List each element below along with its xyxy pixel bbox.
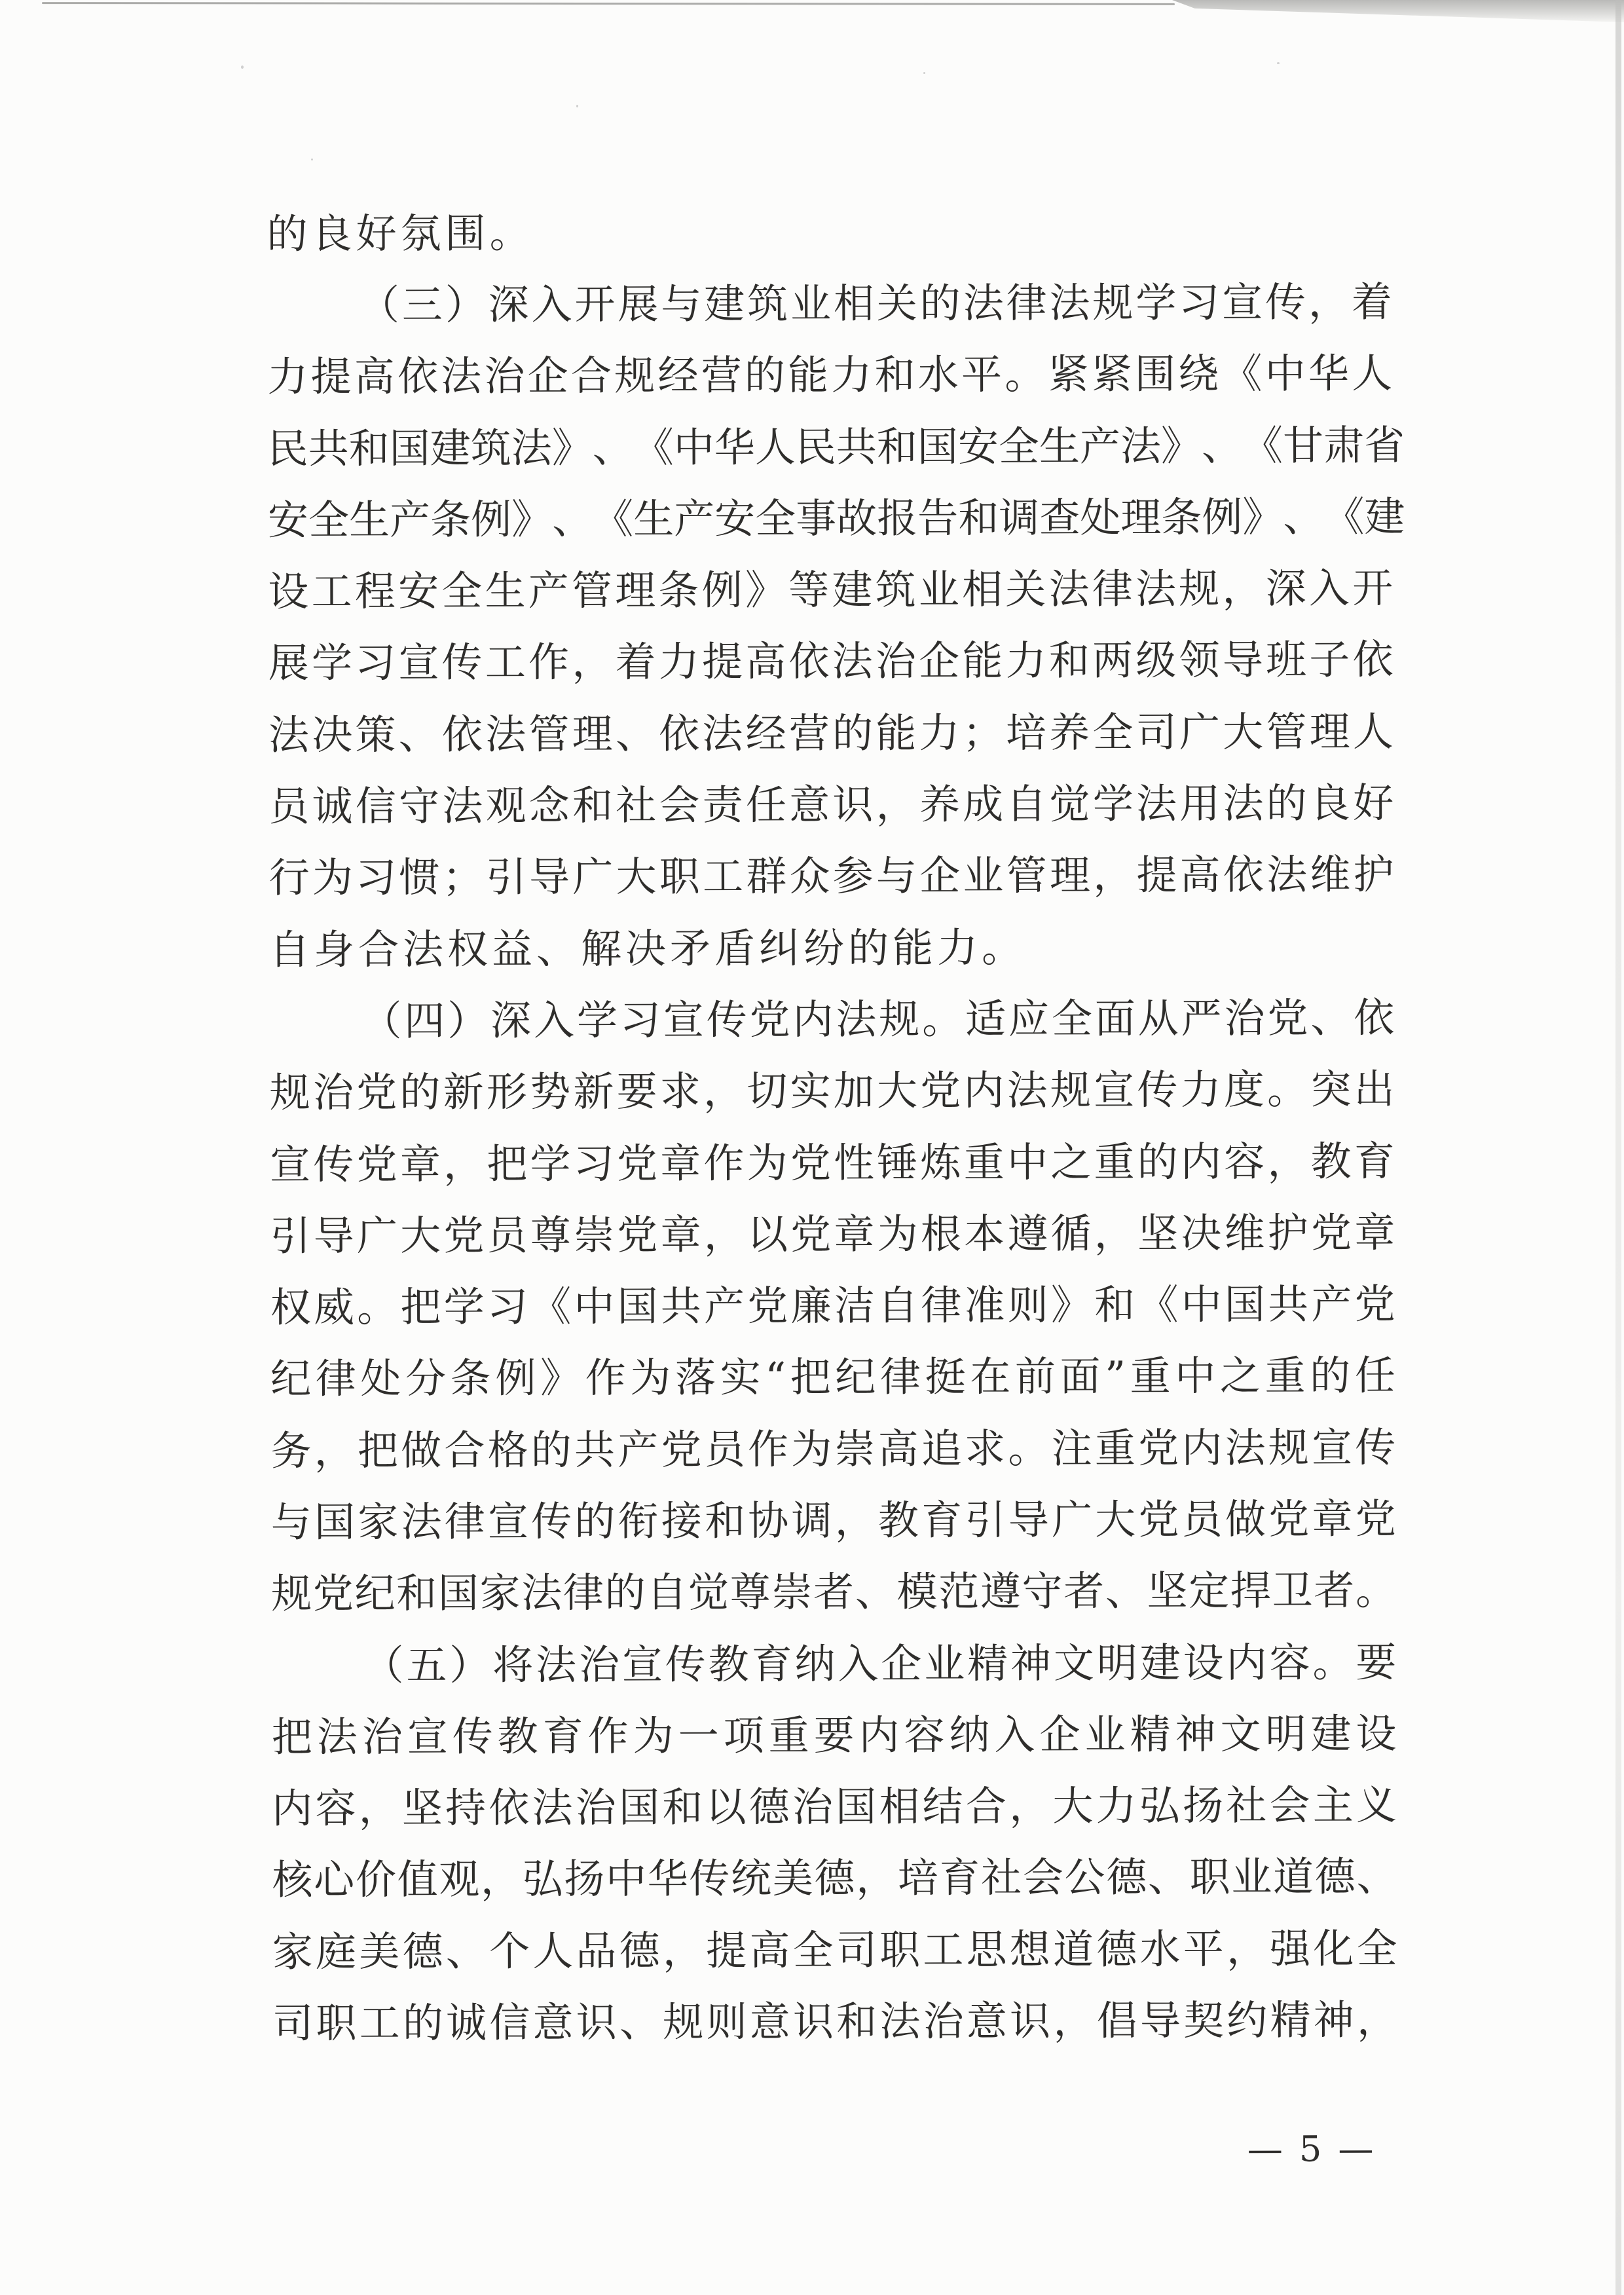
text-line: （五）将法治宣传教育纳入企业精神文明建设内容。要 bbox=[271, 1626, 1396, 1702]
text-line: 纪律处分条例》作为落实“把纪律挺在前面”重中之重的任 bbox=[270, 1340, 1395, 1415]
text-line: 与国家法律宣传的衔接和协调，教育引导广大党员做党章党 bbox=[271, 1483, 1396, 1559]
text-line: 力提高依法治企合规经营的能力和水平。紧紧围绕《中华人 bbox=[267, 338, 1392, 413]
text-line: 自身合法权益、解决矛盾纠纷的能力。 bbox=[269, 910, 1394, 986]
text-line: 司职工的诚信意识、规则意识和法治意识，倡导契约精神， bbox=[272, 1985, 1397, 2060]
text-line: 设工程安全生产管理条例》等建筑业相关法律法规，深入开 bbox=[268, 553, 1393, 628]
text-line: 规治党的新形势新要求，切实加大党内法规宣传力度。突出 bbox=[270, 1054, 1395, 1129]
text-line: 把法治宣传教育作为一项重要内容纳入企业精神文明建设 bbox=[272, 1698, 1397, 1773]
text-line: 安全生产条例》、《生产安全事故报告和调查处理条例》、《建 bbox=[268, 481, 1393, 556]
text-line: （四）深入学习宣传党内法规。适应全面从严治党、依 bbox=[269, 982, 1394, 1057]
text-line: 内容，坚持依法治国和以德治国相结合，大力弘扬社会主义 bbox=[272, 1770, 1397, 1845]
text-line: 宣传党章，把学习党章作为党性锤炼重中之重的内容，教育 bbox=[270, 1125, 1395, 1201]
scanned-page: 的良好氛围。（三）深入开展与建筑业相关的法律法规学习宣传，着力提高依法治企合规经… bbox=[0, 0, 1624, 2295]
text-line: 核心价值观，弘扬中华传统美德，培育社会公德、职业道德、 bbox=[272, 1841, 1397, 1916]
text-line: 家庭美德、个人品德，提高全司职工思想道德水平，强化全 bbox=[272, 1912, 1397, 1988]
document-lines: 的良好氛围。（三）深入开展与建筑业相关的法律法规学习宣传，着力提高依法治企合规经… bbox=[267, 195, 1397, 2059]
page-number: — 5 — bbox=[1247, 2128, 1376, 2170]
text-line: 务，把做合格的共产党员作为崇高追求。注重党内法规宣传 bbox=[270, 1411, 1395, 1487]
text-line: 的良好氛围。 bbox=[267, 195, 1392, 270]
text-line: 行为习惯；引导广大职工群众参与企业管理，提高依法维护 bbox=[269, 839, 1394, 914]
text-line: 规党纪和国家法律的自觉尊崇者、模范遵守者、坚定捍卫者。 bbox=[271, 1555, 1396, 1630]
text-line: （三）深入开展与建筑业相关的法律法规学习宣传，着 bbox=[267, 267, 1392, 342]
text-line: 法决策、依法管理、依法经营的能力；培养全司广大管理人 bbox=[268, 696, 1393, 771]
text-line: 民共和国建筑法》、《中华人民共和国安全生产法》、《甘肃省 bbox=[267, 409, 1392, 485]
text-line: 引导广大党员尊崇党章，以党章为根本遵循，坚决维护党章 bbox=[270, 1197, 1395, 1272]
text-line: 权威。把学习《中国共产党廉洁自律准则》和《中国共产党 bbox=[270, 1269, 1395, 1344]
document-content: 的良好氛围。（三）深入开展与建筑业相关的法律法规学习宣传，着力提高依法治企合规经… bbox=[0, 0, 1624, 2295]
text-line: 员诚信守法观念和社会责任意识，养成自觉学法用法的良好 bbox=[268, 768, 1393, 843]
text-line: 展学习宣传工作，着力提高依法治企能力和两级领导班子依 bbox=[268, 624, 1393, 700]
